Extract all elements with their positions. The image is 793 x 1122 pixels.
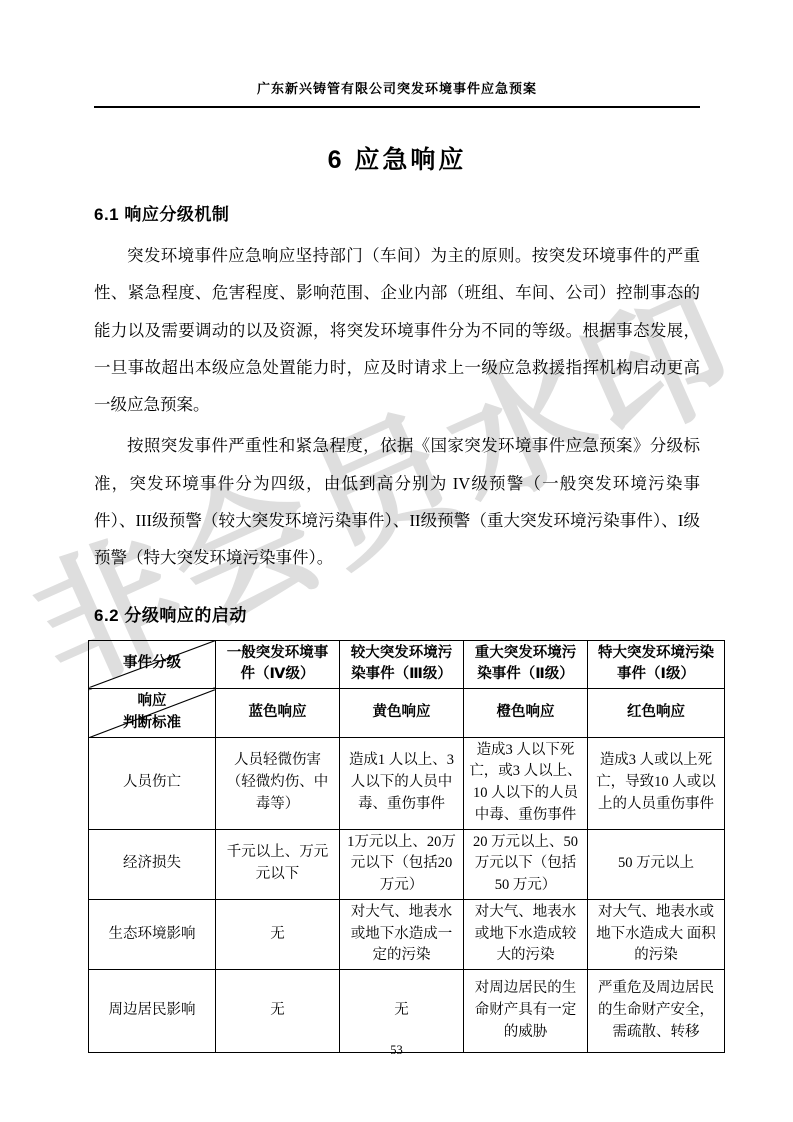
section-heading-6-2: 6.2 分级响应的启动 — [94, 601, 700, 626]
response-cell-orange: 橙色响应 — [464, 689, 588, 738]
response-cell-blue: 蓝色响应 — [216, 689, 340, 738]
corner-cell-event-grade: 事件分级 — [89, 640, 216, 689]
table-cell: 对大气、地表水或地下水造成大 面积的污染 — [588, 899, 725, 969]
page-title: 6 应急响应 — [94, 140, 700, 176]
column-header-level3: 较大突发环境污染事件（Ⅲ级） — [340, 640, 464, 689]
column-header-level4: 一般突发环境事件（Ⅳ级） — [216, 640, 340, 689]
table-cell: 无 — [216, 970, 340, 1053]
section-heading-6-1: 6.1 响应分级机制 — [94, 200, 700, 225]
paragraph-2: 按照突发事件严重性和紧急程度，依据《国家突发环境事件应急预案》分级标准，突发环境… — [94, 427, 700, 576]
table-cell: 对大气、地表水或地下水造成一 定的污染 — [340, 899, 464, 969]
table-cell: 造成3 人或以上死亡，导致10 人或以上的人员重伤事件 — [588, 737, 725, 829]
row-label-economic-loss: 经济损失 — [89, 829, 216, 899]
table-header-row-categories: 事件分级 一般突发环境事件（Ⅳ级） 较大突发环境污染事件（Ⅲ级） 重大突发环境污… — [89, 640, 725, 689]
document-page: 非会员水印 广东新兴铸管有限公司突发环境事件应急预案 6 应急响应 6.1 响应… — [0, 0, 793, 1122]
table-cell: 对周边居民的生命财产具有一定的威胁 — [464, 970, 588, 1053]
row-label-casualties: 人员伤亡 — [89, 737, 216, 829]
table-cell: 1万元以上、20万元以下（包括20 万元） — [340, 829, 464, 899]
table-cell: 人员轻微伤害（轻微灼伤、中毒等） — [216, 737, 340, 829]
table-cell: 造成1 人以上、3 人以下的人员中毒、重伤事件 — [340, 737, 464, 829]
table-cell: 造成3 人以下死亡，或3 人以上、10 人以下的人员中毒、重伤事件 — [464, 737, 588, 829]
table-cell: 20 万元以上、50万元以下（包括50 万元） — [464, 829, 588, 899]
page-content: 广东新兴铸管有限公司突发环境事件应急预案 6 应急响应 6.1 响应分级机制 突… — [0, 0, 793, 1053]
table-cell: 千元以上、万元元以下 — [216, 829, 340, 899]
table-cell: 严重危及周边居民的生命财产安全，需疏散、转移 — [588, 970, 725, 1053]
table-cell: 无 — [340, 970, 464, 1053]
running-header: 广东新兴铸管有限公司突发环境事件应急预案 — [94, 78, 700, 108]
table-row-residents-impact: 周边居民影响 无 无 对周边居民的生命财产具有一定的威胁 严重危及周边居民的生命… — [89, 970, 725, 1053]
table-row-economic-loss: 经济损失 千元以上、万元元以下 1万元以上、20万元以下（包括20 万元） 20… — [89, 829, 725, 899]
column-header-level1: 特大突发环境污染事件（Ⅰ级） — [588, 640, 725, 689]
table-cell: 无 — [216, 899, 340, 969]
table-row-casualties: 人员伤亡 人员轻微伤害（轻微灼伤、中毒等） 造成1 人以上、3 人以下的人员中毒… — [89, 737, 725, 829]
paragraph-1: 突发环境事件应急响应坚持部门（车间）为主的原则。按突发环境事件的严重性、紧急程度… — [94, 237, 700, 423]
response-cell-yellow: 黄色响应 — [340, 689, 464, 738]
corner-cell-response-criteria: 响应 判断标准 — [89, 689, 216, 738]
response-cell-red: 红色响应 — [588, 689, 725, 738]
column-header-level2: 重大突发环境污染事件（Ⅱ级） — [464, 640, 588, 689]
table-cell: 50 万元以上 — [588, 829, 725, 899]
grading-table: 事件分级 一般突发环境事件（Ⅳ级） 较大突发环境污染事件（Ⅲ级） 重大突发环境污… — [88, 640, 725, 1054]
row-label-eco-impact: 生态环境影响 — [89, 899, 216, 969]
row-label-residents-impact: 周边居民影响 — [89, 970, 216, 1053]
table-cell: 对大气、地表水或地下水造成较 大的污染 — [464, 899, 588, 969]
page-number: 53 — [0, 1043, 793, 1058]
table-row-eco-impact: 生态环境影响 无 对大气、地表水或地下水造成一 定的污染 对大气、地表水或地下水… — [89, 899, 725, 969]
table-header-row-responses: 响应 判断标准 蓝色响应 黄色响应 橙色响应 红色响应 — [89, 689, 725, 738]
